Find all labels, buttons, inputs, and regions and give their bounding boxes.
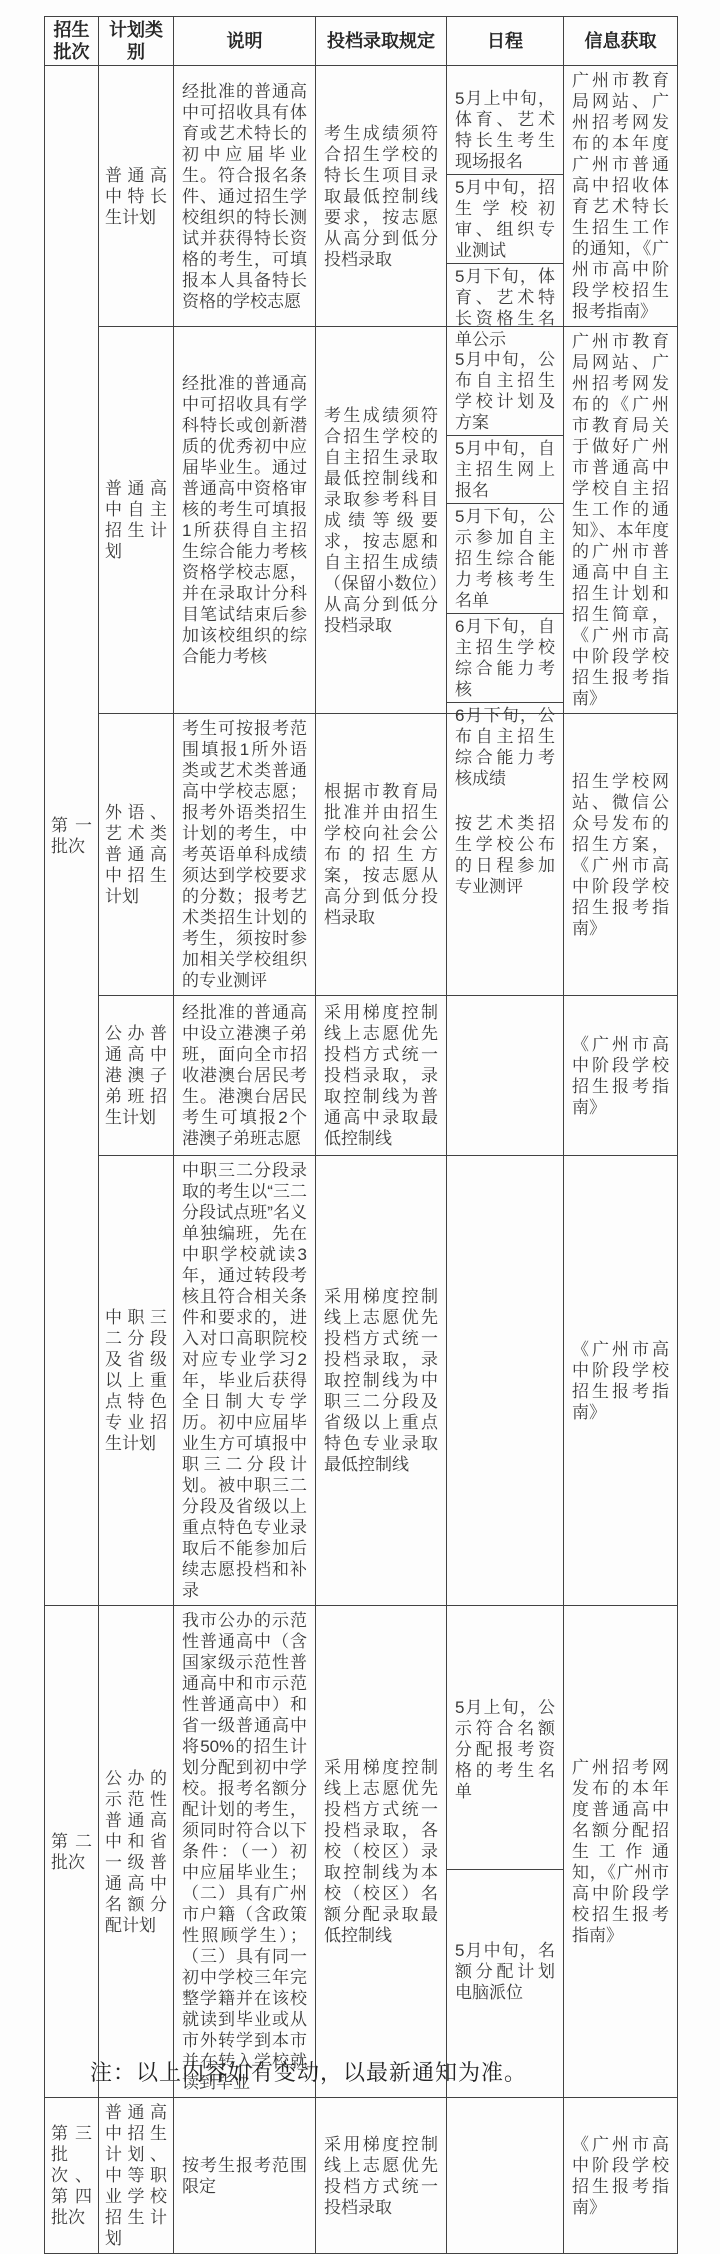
row-7-admission: 采用梯度控制线上志愿优先投档方式统一投档录取 — [316, 2098, 447, 2254]
header-schedule: 日程 — [447, 17, 564, 66]
row-4-category: 公办普通高中港澳子弟班招生计划 — [99, 996, 174, 1156]
header-row: 招生批次 计划类别 说明 投档录取规定 日程 信息获取 — [45, 17, 678, 66]
schedule-item: 5月下旬，公示参加自主招生综合能力考核考生名单 — [447, 504, 563, 614]
batch-3-label: 第三批次、第四批次 — [45, 2098, 99, 2254]
footnote: 注：以上内容如有变动，以最新通知为准。 — [90, 2058, 527, 2088]
schedule-item: 5月中旬，自主招生网上报名 — [447, 436, 563, 504]
schedule-item-text: 5月中旬，招生学校初审、组织专业测试 — [455, 177, 555, 261]
row-5-category: 中职三二分段及省级以上重点特色专业招生计划 — [99, 1156, 174, 1606]
row-5-schedule — [447, 1156, 564, 1606]
row-2-schedule: 5月中旬，公布自主招生学校计划及方案 5月中旬，自主招生网上报名 5月下旬，公示… — [447, 327, 564, 714]
row-1-schedule: 5月上中旬，体育、艺术特长生考生现场报名 5月中旬，招生学校初审、组织专业测试 … — [447, 66, 564, 327]
header-admission-rules: 投档录取规定 — [316, 17, 447, 66]
row-1-category: 普通高中特长生计划 — [99, 66, 174, 327]
row-1-description: 经批准的普通高中可招收具有体育或艺术特长的初中应届毕业生。符合报名条件、通过招生… — [174, 66, 316, 327]
header-info-access: 信息获取 — [564, 17, 678, 66]
schedule-item: 5月上旬，公示符合名额分配报考资格的考生名单 — [447, 1630, 563, 1870]
row-2-category: 普通高中自主招生计划 — [99, 327, 174, 714]
row-5-info: 《广州市高中阶段学校招生报考指南》 — [564, 1156, 678, 1606]
row-2-description: 经批准的普通高中可招收具有学科特长或创新潜质的优秀初中应届毕业生。通过普通高中资… — [174, 327, 316, 714]
header-batch: 招生批次 — [45, 17, 99, 66]
table-row: 外语、艺术类普通高中招生计划 考生可按报考范围填报1所外语类或艺术类普通高中学校… — [45, 714, 678, 996]
row-7-category: 普通高中招生计划、中等职业学校招生计划 — [99, 2098, 174, 2254]
row-2-admission: 考生成绩须符合招生学校的自主招生录取最低控制线和录取参考科目成绩等级要求，按志愿… — [316, 327, 447, 714]
schedule-item-text: 5月上旬，公示符合名额分配报考资格的考生名单 — [455, 1697, 555, 1802]
table-row: 第三批次、第四批次 普通高中招生计划、中等职业学校招生计划 按考生报考范围限定 … — [45, 2098, 678, 2254]
row-3-info: 招生学校网站、微信公众号发布的招生方案，《广州市高中阶段学校招生报考指南》 — [564, 714, 678, 996]
table-row: 第一批次 普通高中特长生计划 经批准的普通高中可招收具有体育或艺术特长的初中应届… — [45, 66, 678, 327]
table-row: 普通高中自主招生计划 经批准的普通高中可招收具有学科特长或创新潜质的优秀初中应届… — [45, 327, 678, 714]
row-7-schedule — [447, 2098, 564, 2254]
row-4-schedule — [447, 996, 564, 1156]
schedule-item-text: 5月中旬，公布自主招生学校计划及方案 — [455, 349, 555, 433]
header-category: 计划类别 — [99, 17, 174, 66]
row-5-description: 中职三二分段录取的考生以“三二分段试点班”名义单独编班，先在中职学校就读3年，通… — [174, 1156, 316, 1606]
schedule-item: 6月下旬，公布自主招生综合能力考核成绩 — [447, 703, 563, 791]
admission-document: 招生批次 计划类别 说明 投档录取规定 日程 信息获取 第一批次 普通高中特长生… — [44, 16, 677, 2254]
row-3-description: 考生可按报考范围填报1所外语类或艺术类普通高中学校志愿；报考外语类招生计划的考生… — [174, 714, 316, 996]
schedule-item-text: 5月上中旬，体育、艺术特长生考生现场报名 — [455, 88, 555, 172]
schedule-item-text: 5月下旬，体育、艺术特长资格生名单公示 — [455, 266, 555, 350]
row-2-info: 广州市教育局网站、广州招考网发布的《广州市教育局关于做好广州市普通高中学校自主招… — [564, 327, 678, 714]
admission-batches-table: 招生批次 计划类别 说明 投档录取规定 日程 信息获取 第一批次 普通高中特长生… — [44, 16, 678, 2254]
row-6-category: 公办的示范性普通高中和省一级普通高中名额分配计划 — [99, 1606, 174, 2098]
table-row: 第二批次 公办的示范性普通高中和省一级普通高中名额分配计划 我市公办的示范性普通… — [45, 1606, 678, 2098]
row-7-info: 《广州市高中阶段学校招生报考指南》 — [564, 2098, 678, 2254]
header-description: 说明 — [174, 17, 316, 66]
batch-2-label: 第二批次 — [45, 1606, 99, 2098]
row-3-category: 外语、艺术类普通高中招生计划 — [99, 714, 174, 996]
row-4-description: 经批准的普通高中设立港澳子弟班，面向全市招收港澳台居民考生。港澳台居民考生可填报… — [174, 996, 316, 1156]
schedule-item-text: 6月下旬，公布自主招生综合能力考核成绩 — [455, 705, 555, 789]
row-3-admission: 根据市教育局批准并由招生学校向社会公布的招生方案，按志愿从高分到低分投档录取 — [316, 714, 447, 996]
table-row: 公办普通高中港澳子弟班招生计划 经批准的普通高中设立港澳子弟班，面向全市招收港澳… — [45, 996, 678, 1156]
page: { "note": "注：以上内容如有变动，以最新通知为准。", "table"… — [0, 0, 720, 2111]
row-6-info: 广州招考网发布的本年度普通高中名额分配招生工作通知，《广州市高中阶段学校招生报考… — [564, 1606, 678, 2098]
row-5-admission: 采用梯度控制线上志愿优先投档方式统一投档录取，录取控制线为中职三二分段及省级以上… — [316, 1156, 447, 1606]
schedule-item: 5月中旬，名额分配计划电脑派位 — [447, 1870, 563, 2073]
row-6-schedule: 5月上旬，公示符合名额分配报考资格的考生名单 5月中旬，名额分配计划电脑派位 — [447, 1606, 564, 2098]
schedule-item-text: 5月中旬，自主招生网上报名 — [455, 438, 555, 501]
schedule-item-text: 5月下旬，公示参加自主招生综合能力考核考生名单 — [455, 506, 555, 611]
schedule-item: 6月下旬，自主招生学校综合能力考核 — [447, 614, 563, 703]
row-1-admission: 考生成绩须符合招生学校的特长生项目录取最低控制线要求，按志愿从高分到低分投档录取 — [316, 66, 447, 327]
schedule-item: 5月中旬，招生学校初审、组织专业测试 — [447, 175, 563, 264]
row-6-description: 我市公办的示范性普通高中（含国家级示范性普通高中和市示范性普通高中）和省一级普通… — [174, 1606, 316, 2098]
schedule-item-text: 5月中旬，名额分配计划电脑派位 — [455, 1940, 555, 2003]
schedule-item: 5月上中旬，体育、艺术特长生考生现场报名 — [447, 86, 563, 175]
schedule-item: 5月下旬，体育、艺术特长资格生名单公示 — [447, 264, 563, 352]
row-6-admission: 采用梯度控制线上志愿优先投档方式统一投档录取，各校（校区）录取控制线为本校（校区… — [316, 1606, 447, 2098]
row-4-info: 《广州市高中阶段学校招生报考指南》 — [564, 996, 678, 1156]
row-4-admission: 采用梯度控制线上志愿优先投档方式统一投档录取，录取控制线为普通高中录取最低控制线 — [316, 996, 447, 1156]
batch-1-label: 第一批次 — [45, 66, 99, 1606]
row-7-description: 按考生报考范围限定 — [174, 2098, 316, 2254]
row-1-info: 广州市教育局网站、广州招考网发布的本年度广州市普通高中招收体育艺术特长生招生工作… — [564, 66, 678, 327]
schedule-item-text: 6月下旬，自主招生学校综合能力考核 — [455, 616, 555, 700]
schedule-item: 5月中旬，公布自主招生学校计划及方案 — [447, 347, 563, 436]
table-row: 中职三二分段及省级以上重点特色专业招生计划 中职三二分段录取的考生以“三二分段试… — [45, 1156, 678, 1606]
